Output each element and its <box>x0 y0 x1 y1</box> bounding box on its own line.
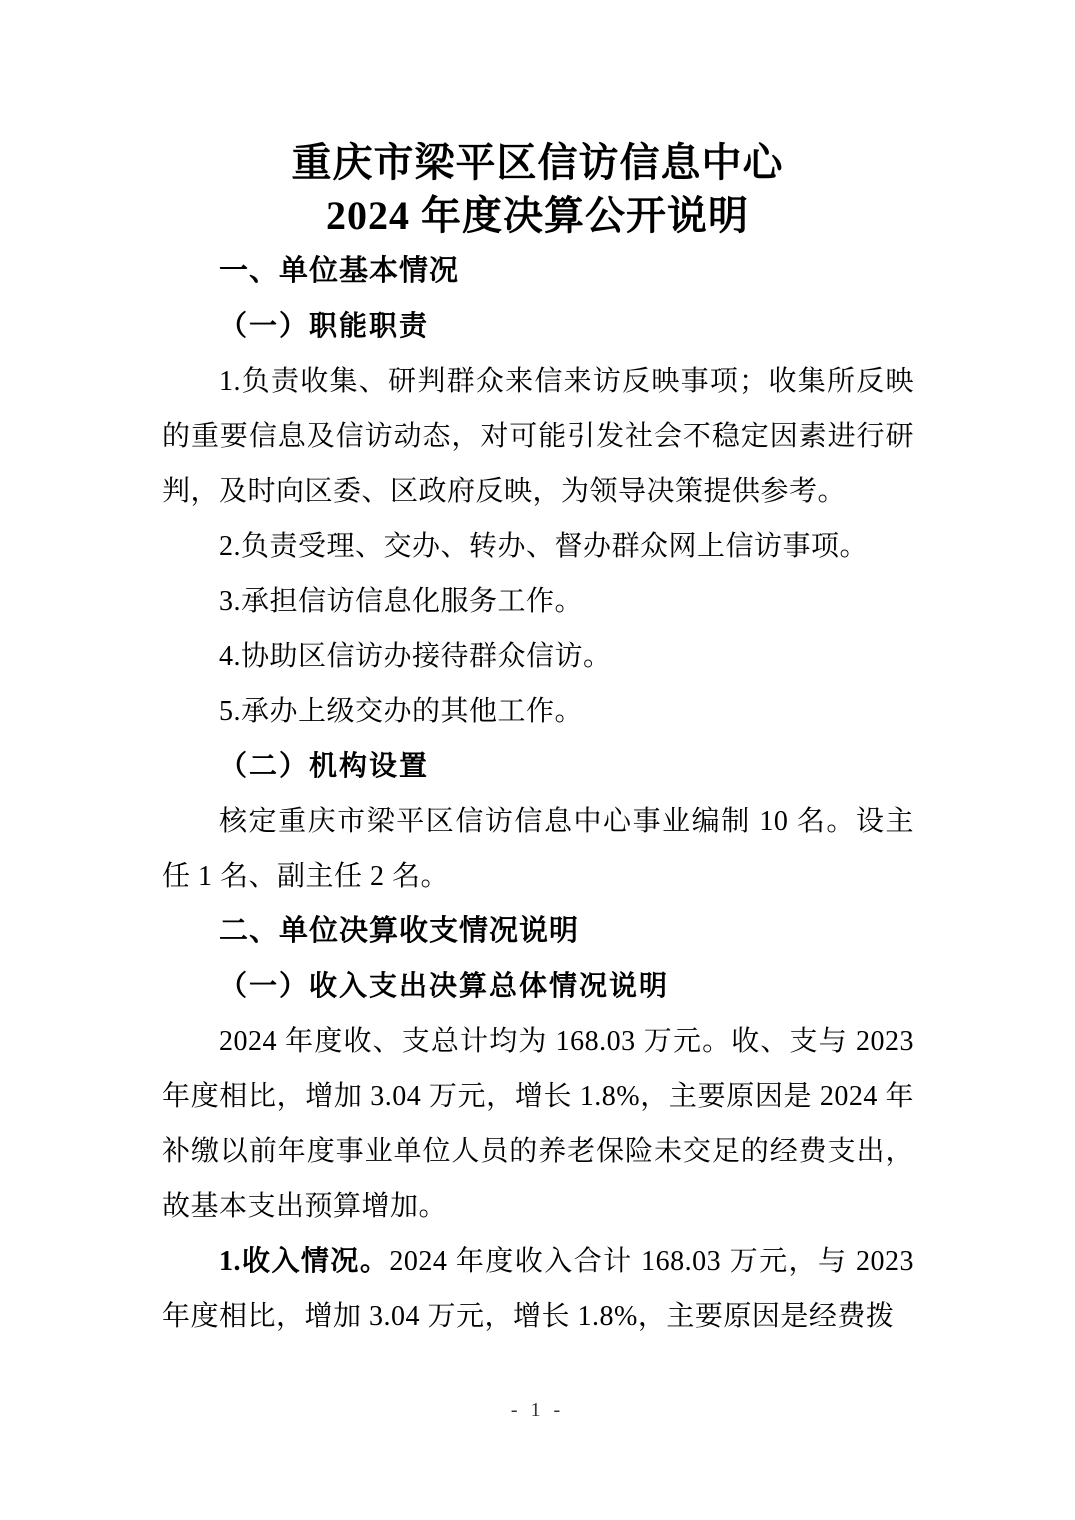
paragraph-overview: 2024 年度收、支总计均为 168.03 万元。收、支与 2023 年度相比，… <box>162 1014 914 1234</box>
paragraph-income-situation: 1.收入情况。2024 年度收入合计 168.03 万元，与 2023 年度相比… <box>162 1234 914 1344</box>
subheading-revenue-expenditure-overview: （一）收入支出决算总体情况说明 <box>162 959 914 1014</box>
heading-final-accounts-explanation: 二、单位决算收支情况说明 <box>162 904 914 959</box>
subheading-organization-setup: （二）机构设置 <box>162 739 914 794</box>
paragraph-duty-1: 1.负责收集、研判群众来信来访反映事项；收集所反映的重要信息及信访动态，对可能引… <box>162 354 914 519</box>
heading-unit-basic-info: 一、单位基本情况 <box>162 244 914 299</box>
paragraph-duty-2: 2.负责受理、交办、转办、督办群众网上信访事项。 <box>162 519 914 574</box>
subheading-functions-duties: （一）职能职责 <box>162 299 914 354</box>
paragraph-income-lead: 1.收入情况。 <box>219 1246 389 1277</box>
paragraph-duty-4: 4.协助区信访办接待群众信访。 <box>162 629 914 684</box>
document-title-line-1: 重庆市梁平区信访信息中心 <box>0 136 1075 189</box>
paragraph-staffing: 核定重庆市梁平区信访信息中心事业编制 10 名。设主任 1 名、副主任 2 名。 <box>162 794 914 904</box>
document-title: 重庆市梁平区信访信息中心 2024 年度决算公开说明 <box>0 0 1075 242</box>
paragraph-duty-3: 3.承担信访信息化服务工作。 <box>162 574 914 629</box>
paragraph-duty-5: 5.承办上级交办的其他工作。 <box>162 684 914 739</box>
document-body: 一、单位基本情况 （一）职能职责 1.负责收集、研判群众来信来访反映事项；收集所… <box>0 244 1075 1344</box>
document-page: 重庆市梁平区信访信息中心 2024 年度决算公开说明 一、单位基本情况 （一）职… <box>0 0 1075 1520</box>
page-footer: - 1 - <box>0 1399 1075 1422</box>
document-title-line-2: 2024 年度决算公开说明 <box>0 189 1075 242</box>
page-number: - 1 - <box>511 1399 564 1421</box>
